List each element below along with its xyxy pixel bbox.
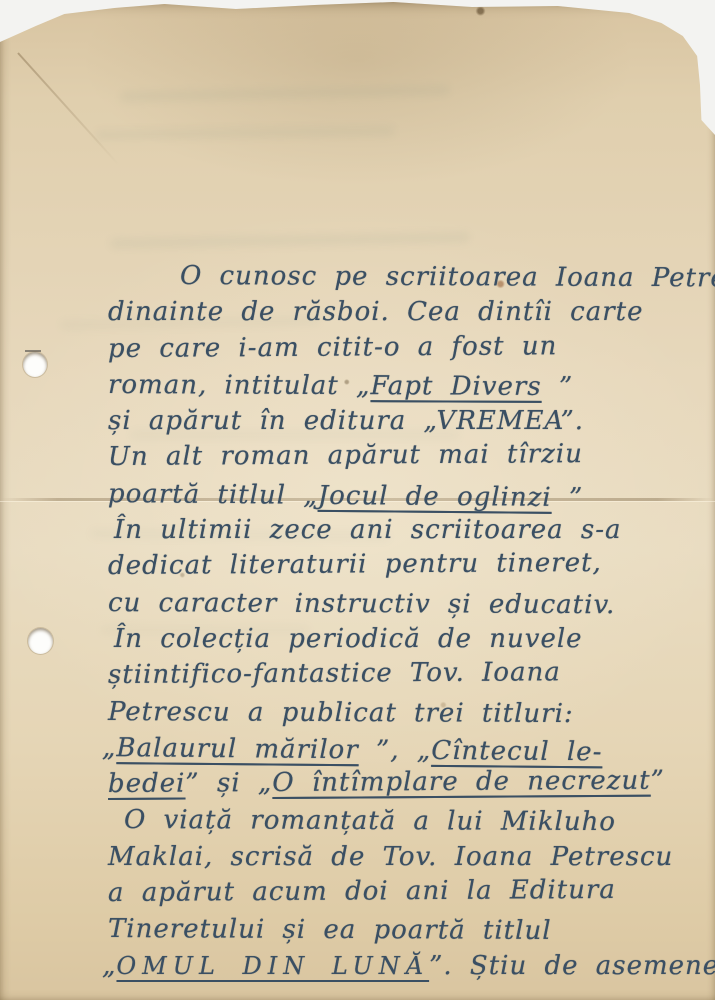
- manuscript-page: O cunosc pe scriitoarea Ioana Petrescudi…: [0, 0, 715, 1000]
- manuscript-line: poartă titlul „Jocul de oglinzi ”: [108, 476, 708, 518]
- manuscript-line: O viață romanțată a lui Mikluho: [124, 802, 708, 841]
- scanned-document: O cunosc pe scriitoarea Ioana Petrescudi…: [0, 0, 715, 1000]
- text-segment: Maklai, scrisă de Tov. Ioana Petrescu: [108, 842, 673, 872]
- manuscript-line: O cunosc pe scriitoarea Ioana Petrescu: [180, 258, 708, 297]
- text-segment: dinainte de răsboi. Cea dintîi carte: [108, 297, 644, 327]
- text-segment: Tineretului și ea poartă titlul: [108, 914, 552, 946]
- text-segment: ”: [552, 483, 584, 513]
- manuscript-line: și apărut în editura „VREMEA”.: [108, 403, 708, 439]
- ink-bleed-ghost: [120, 85, 450, 103]
- manuscript-line: dedicat literaturii pentru tineret,: [108, 545, 708, 585]
- text-segment: ”: [651, 766, 665, 796]
- text-segment: dedicat literaturii pentru tineret,: [108, 548, 602, 581]
- manuscript-text: O cunosc pe scriitoarea Ioana Petrescudi…: [108, 258, 708, 984]
- manuscript-line: În ultimii zece ani scriitoarea s-a: [114, 512, 708, 548]
- book-title: bedei: [108, 769, 186, 799]
- punch-hole: [23, 352, 47, 377]
- text-segment: ” și „: [185, 768, 272, 799]
- text-segment: În ultimii zece ani scriitoarea s-a: [114, 515, 622, 545]
- manuscript-line: dinainte de răsboi. Cea dintîi carte: [108, 294, 708, 330]
- book-title: O întîmplare de necrezut: [272, 766, 650, 798]
- book-title: Jocul de oglinzi: [318, 481, 552, 513]
- manuscript-line: a apărut acum doi ani la Editura: [108, 871, 708, 911]
- manuscript-line: Maklai, scrisă de Tov. Ioana Petrescu: [108, 839, 708, 875]
- text-segment: poartă titlul „: [108, 479, 318, 511]
- text-segment: roman, intitulat „: [108, 370, 371, 401]
- ink-bleed-ghost: [95, 126, 395, 140]
- manuscript-line: cu caracter instructiv și educativ.: [108, 585, 708, 624]
- text-segment: „: [102, 733, 117, 763]
- text-segment: Un alt roman apărut mai tîrziu: [108, 440, 583, 473]
- manuscript-line: pe care i-am citit-o a fost un: [108, 327, 708, 367]
- book-title: Fapt Divers: [370, 371, 541, 402]
- manuscript-line: Tineretului și ea poartă titlul: [108, 911, 708, 950]
- text-segment: știintifico-fantastice Tov. Ioana: [108, 657, 561, 690]
- text-segment: O viață romanțată a lui Mikluho: [124, 805, 616, 837]
- manuscript-line: roman, intitulat „Fapt Divers ”: [108, 367, 708, 406]
- text-segment: cu caracter instructiv și educativ.: [108, 588, 615, 620]
- text-segment: și apărut în editura „VREMEA”.: [108, 406, 584, 436]
- manuscript-line: În colecția periodică de nuvele: [114, 621, 708, 657]
- text-segment: a apărut acum doi ani la Editura: [108, 875, 616, 908]
- punch-hole: [28, 628, 53, 654]
- fold-crease-diagonal: [17, 52, 119, 165]
- manuscript-line: Petrescu a publicat trei titluri:: [108, 694, 708, 733]
- book-title: OMUL DIN LUNĂ: [116, 952, 429, 980]
- ink-bleed-ghost: [110, 232, 470, 249]
- text-segment: pe care i-am citit-o a fost un: [108, 331, 558, 364]
- manuscript-line: știintifico-fantastice Tov. Ioana: [108, 654, 708, 694]
- text-segment: ”: [542, 372, 574, 402]
- manuscript-line: „OMUL DIN LUNĂ”. Știu de asemenea: [102, 948, 708, 984]
- text-segment: O cunosc pe scriitoarea Ioana Petrescu: [180, 261, 715, 294]
- book-title: Balaurul mărilor: [116, 733, 358, 765]
- manuscript-line: Un alt roman apărut mai tîrziu: [108, 436, 708, 476]
- text-segment: În colecția periodică de nuvele: [114, 624, 583, 654]
- text-segment: Petrescu a publicat trei titluri:: [108, 697, 574, 729]
- text-segment: ”. Știu de asemenea: [429, 951, 715, 981]
- text-segment: „: [102, 951, 116, 981]
- text-segment: ”, „: [359, 735, 432, 766]
- manuscript-line: bedei” și „O întîmplare de necrezut”: [108, 762, 708, 802]
